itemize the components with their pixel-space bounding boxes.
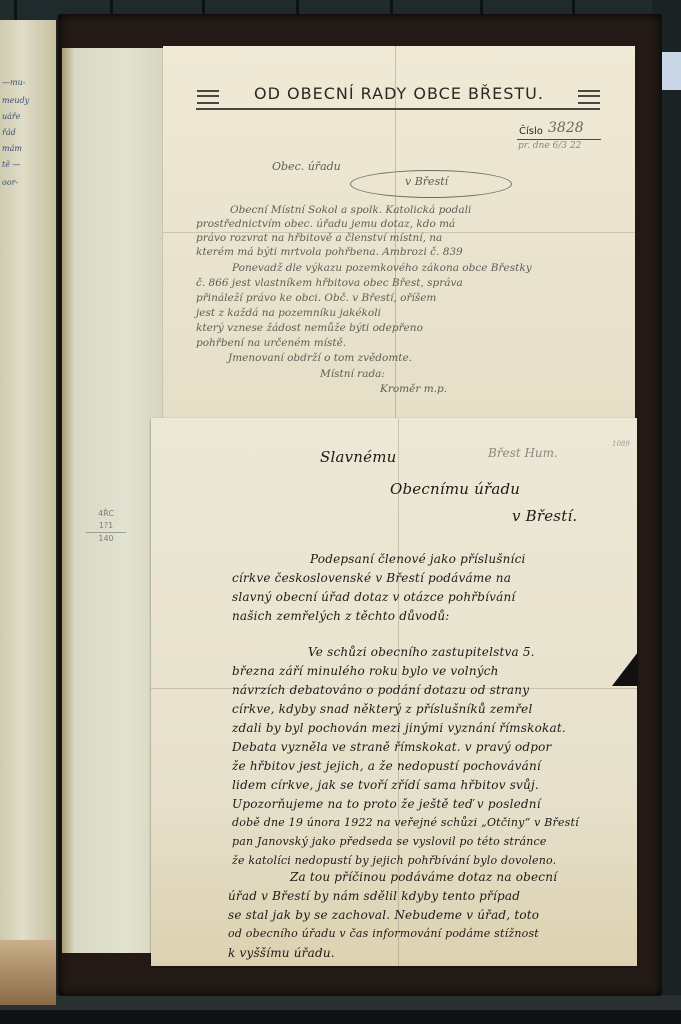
left-page-fragment: mám bbox=[2, 144, 22, 153]
letter-line: k vyššímu úřadu. bbox=[228, 946, 335, 960]
letter-line: března září minulého roku bylo ve volnýc… bbox=[232, 664, 499, 678]
note-line: jest z každá na pozemníku jakékoli bbox=[196, 307, 381, 319]
note-signature-title: Místní rada: bbox=[320, 368, 385, 380]
reference-number-rule bbox=[517, 139, 601, 140]
letter-line: že katolíci nedopustí by jejich pohřbívá… bbox=[232, 854, 556, 867]
left-page-fragment: tě — bbox=[2, 160, 21, 169]
reference-number-value: 3828 bbox=[548, 120, 584, 136]
letter-line: že hřbitov jest jejich, a že nedopustí p… bbox=[232, 759, 541, 773]
left-page-stain bbox=[0, 940, 56, 1005]
left-book-page: —mu- meudy uáře řád mám tě — oor- bbox=[0, 20, 56, 1005]
letter-line: církve, kdyby snad některý z příslušníků… bbox=[232, 702, 533, 716]
letter-line: zdali by byl pochován mezi jinými vyznán… bbox=[232, 721, 566, 735]
note-line: prostřednictvím obec. úřadu jemu dotaz, … bbox=[196, 218, 455, 230]
pencil-annotation: Břest Hum. bbox=[488, 446, 558, 460]
note-line: přináleží právo ke obci. Obč. v Břestí, … bbox=[196, 292, 436, 304]
note-line: Jmenovaní obdrží o tom zvědomte. bbox=[228, 352, 412, 364]
left-page-fragment: uáře bbox=[2, 112, 20, 121]
pencil-note-line: 4ŘC bbox=[86, 508, 126, 520]
pencil-number: 1089 bbox=[612, 440, 630, 448]
letter-line: návrzích debatováno o podání dotazu od s… bbox=[232, 683, 529, 697]
letter-line: slavný obecní úřad dotaz v otázce pohřbí… bbox=[232, 590, 515, 604]
pencil-note-line: 140 bbox=[86, 532, 126, 545]
note-line: Ponevadž dle výkazu pozemkového zákona o… bbox=[232, 262, 532, 274]
salutation-line: v Břestí. bbox=[512, 507, 577, 525]
torn-corner bbox=[612, 652, 638, 686]
letter-line: Podepsaní členové jako příslušníci bbox=[310, 552, 526, 566]
salutation-line: Slavnému bbox=[320, 448, 397, 466]
left-page-fragment: oor- bbox=[2, 178, 18, 187]
left-page-fragment: řád bbox=[2, 128, 16, 137]
letter-line: se stal jak by se zachoval. Nebudeme v ú… bbox=[228, 908, 539, 922]
note-line: právo rozvrat na hřbitově a členství mís… bbox=[196, 232, 442, 244]
note-line: pohřbení na určeném místě. bbox=[196, 337, 346, 349]
letter-line: pan Janovský jako předseda se vyslovil p… bbox=[232, 835, 547, 848]
letter-line: Debata vyzněla ve straně římskokat. v pr… bbox=[232, 740, 551, 754]
note-line: č. 866 jest vlastníkem hřbitova obec Bře… bbox=[196, 277, 463, 289]
left-page-fragment: —mu- bbox=[2, 78, 25, 87]
note-addressee: Obec. úřadu bbox=[272, 160, 341, 173]
letterhead-title: OD OBECNÍ RADY OBCE BŘESTU. bbox=[163, 84, 635, 103]
note-line: který vznese žádost nemůže býti odepřeno bbox=[196, 322, 423, 334]
letter-line: Upozorňujeme na to proto že ještě teď v … bbox=[232, 797, 541, 811]
letter-line: církve československé v Břestí podáváme … bbox=[232, 571, 511, 585]
letter-line: od obecního úřadu v čas informování podá… bbox=[228, 927, 539, 940]
note-signature: Kroměr m.p. bbox=[380, 383, 447, 395]
display-case-base bbox=[0, 1010, 681, 1024]
letter-line: Za tou příčinou podáváme dotaz na obecní bbox=[290, 870, 557, 884]
letter-line: době dne 19 února 1922 na veřejné schůzi… bbox=[232, 816, 579, 829]
left-page-fragment: meudy bbox=[2, 96, 29, 105]
case-rib bbox=[14, 0, 17, 20]
letter-line: úřad v Břestí by nám sdělil kdyby tento … bbox=[228, 889, 520, 903]
received-date-note: pr. dne 6/3 22 bbox=[518, 141, 581, 151]
note-line: kterém má býti mrtvola pohřbena. Ambrozi… bbox=[196, 246, 463, 258]
letterhead-rule bbox=[196, 108, 600, 110]
letter-line: našich zemřelých z těchto důvodů: bbox=[232, 609, 450, 623]
letter-line: lidem církve, jak se tvoří zřídí sama hř… bbox=[232, 778, 539, 792]
note-line: Obecní Místní Sokol a spolk. Katolická p… bbox=[230, 204, 471, 216]
note-place: v Břestí bbox=[405, 175, 448, 188]
pencil-note-line: 1?1 bbox=[86, 520, 126, 532]
flyleaf-pencil-note: 4ŘC 1?1 140 bbox=[86, 508, 126, 545]
letter-line: Ve schůzi obecního zastupitelstva 5. bbox=[308, 645, 535, 659]
reference-number-label: Číslo bbox=[519, 126, 543, 137]
salutation-line: Obecnímu úřadu bbox=[390, 480, 520, 498]
